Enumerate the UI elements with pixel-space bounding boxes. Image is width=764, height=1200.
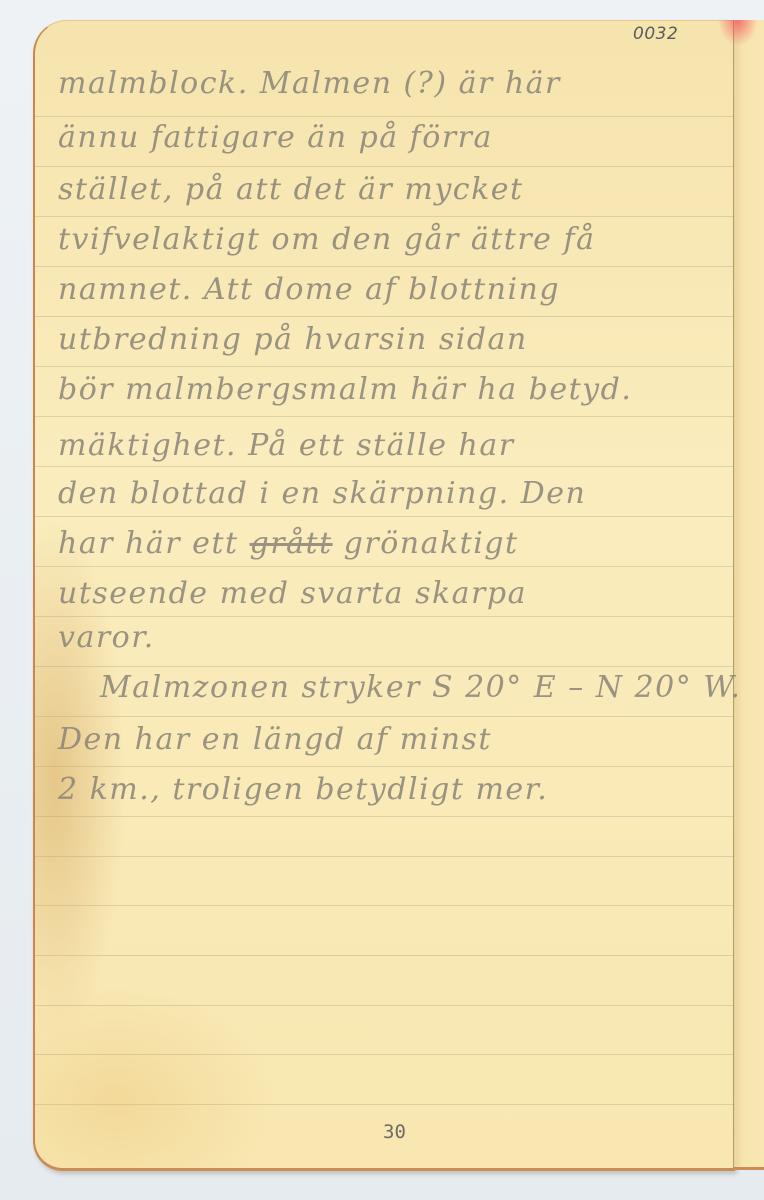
handwritten-line-15: 2 km., troligen betydligt mer.	[58, 772, 548, 807]
page-number: 30	[383, 1121, 406, 1143]
ruled-line	[35, 266, 735, 267]
ruled-line	[35, 666, 735, 667]
handwritten-line-6: utbredning på hvarsin sidan	[58, 322, 528, 357]
handwritten-line-2: ännu fattigare än på förra	[58, 120, 493, 155]
line-text: har här ett	[58, 526, 250, 561]
handwritten-line-9: den blottad i en skärpning. Den	[58, 476, 586, 511]
ruled-line	[35, 856, 735, 857]
ruled-line	[35, 1005, 735, 1006]
ruled-line	[35, 816, 735, 817]
handwritten-line-10: har här ett grått grönaktigt	[58, 526, 519, 561]
archive-number: 0032	[633, 24, 678, 44]
ruled-line	[35, 316, 735, 317]
ruled-line	[35, 466, 735, 467]
ruled-line	[35, 366, 735, 367]
ruled-line	[35, 955, 735, 956]
handwritten-line-1: malmblock. Malmen (?) är här	[58, 66, 561, 101]
line-text: grönaktigt	[333, 526, 519, 561]
ruled-line	[35, 766, 735, 767]
ruled-line	[35, 716, 735, 717]
ruled-line	[35, 416, 735, 417]
ruled-line	[35, 1104, 735, 1105]
ruled-line	[35, 616, 735, 617]
ruled-line	[35, 116, 735, 117]
handwritten-line-12: varor.	[58, 620, 155, 655]
handwritten-line-11: utseende med svarta skarpa	[58, 576, 527, 611]
handwritten-line-5: namnet. Att dome af blottning	[58, 272, 560, 307]
handwritten-line-13: Malmzonen stryker S 20° E – N 20° W.	[100, 670, 741, 705]
handwritten-line-7: bör malmbergsmalm här ha betyd.	[58, 372, 632, 407]
struck-word: grått	[250, 526, 333, 561]
ruled-line	[35, 516, 735, 517]
ruled-line	[35, 166, 735, 167]
ruled-line	[35, 216, 735, 217]
ruled-line	[35, 905, 735, 906]
ruled-line	[35, 566, 735, 567]
handwritten-line-4: tvifvelaktigt om den går ättre få	[58, 222, 595, 257]
handwritten-line-3: stället, på att det är mycket	[58, 172, 524, 207]
handwritten-line-8: mäktighet. På ett ställe har	[58, 428, 515, 463]
handwritten-line-14: Den har en längd af minst	[58, 722, 492, 757]
next-page-edge	[733, 20, 764, 1170]
ruled-line	[35, 1054, 735, 1055]
